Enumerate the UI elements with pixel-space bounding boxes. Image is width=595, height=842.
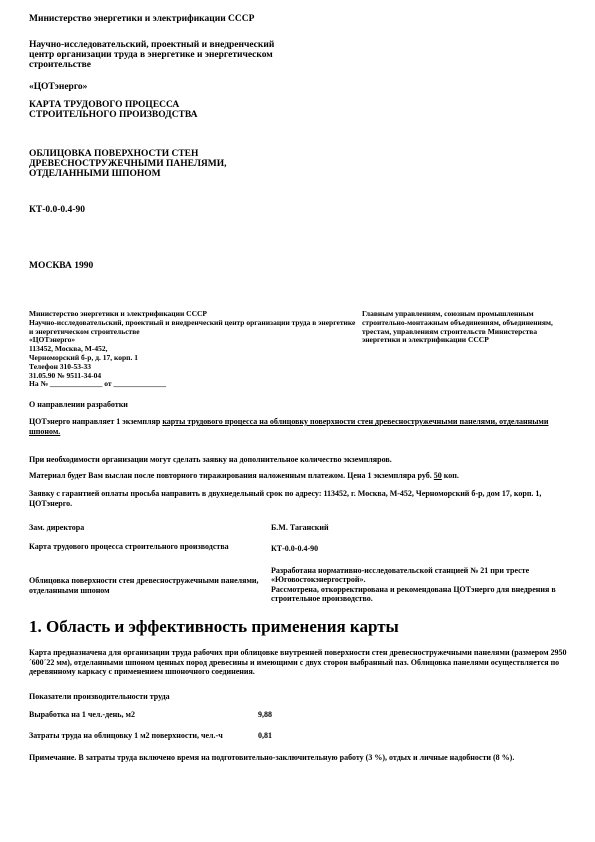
card-info-title: Карта трудового процесса строительного п…	[29, 542, 254, 552]
sender-reference-blank: На № ______________ от ______________	[29, 380, 359, 389]
front-ministry: Министерство энергетики и электрификации…	[29, 14, 429, 24]
letterhead-recipient: Главным управлениям, союзным промышленны…	[362, 310, 564, 345]
letter-paragraph-3-prefix: Материал будет Вам выслан после повторно…	[29, 471, 434, 480]
letter-paragraph-4: Заявку с гарантией оплаты просьба направ…	[29, 489, 574, 508]
letterhead-sender: Министерство энергетики и электрификации…	[29, 310, 359, 389]
indicator-value: 9,88	[258, 710, 272, 720]
document-page: Министерство энергетики и электрификации…	[0, 0, 595, 842]
card-info-approved: Рассмотрена, откорректирована и рекоменд…	[271, 585, 566, 604]
letter-paragraph-1: ЦОТэнерго направляет 1 экземпляр карты т…	[29, 417, 574, 436]
front-org: «ЦОТэнерго»	[29, 82, 229, 92]
letter-paragraph-2: При необходимости организации могут сдел…	[29, 455, 574, 465]
front-center: Научно-исследовательский, проектный и вн…	[29, 40, 294, 70]
indicators-title: Показатели производительности труда	[29, 692, 429, 702]
card-info-right: КТ-0.0-0.4-90 Разработана нормативно-исс…	[271, 544, 566, 604]
signature-role: Зам. директора	[29, 523, 229, 533]
indicator-row: Затраты труда на облицовку 1 м2 поверхно…	[29, 731, 577, 743]
letter-subject: О направлении разработки	[29, 400, 329, 410]
letter-paragraph-3-suffix: коп.	[442, 471, 459, 480]
letter-price-kopecks: 50	[434, 471, 442, 480]
letter-paragraph-3: Материал будет Вам выслан после повторно…	[29, 471, 574, 481]
front-city-year: МОСКВА 1990	[29, 261, 229, 271]
card-info-subject: Облицовка поверхности стен древесноструж…	[29, 576, 264, 595]
indicator-label: Выработка на 1 чел.-день, м2	[29, 710, 135, 719]
letter-paragraph-1-prefix: ЦОТэнерго направляет 1 экземпляр	[29, 417, 162, 426]
front-code: КТ-0.0-0.4-90	[29, 205, 229, 215]
indicator-value: 0,81	[258, 731, 272, 741]
section-1-note: Примечание. В затраты труда включено вре…	[29, 753, 577, 763]
front-title: ОБЛИЦОВКА ПОВЕРХНОСТИ СТЕН ДРЕВЕСНОСТРУЖ…	[29, 149, 269, 179]
sender-center: Научно-исследовательский, проектный и вн…	[29, 319, 359, 337]
card-info-code: КТ-0.0-0.4-90	[271, 544, 566, 554]
card-info-developed-by: Разработана нормативно-исследовательской…	[271, 566, 566, 585]
indicator-label: Затраты труда на облицовку 1 м2 поверхно…	[29, 731, 223, 740]
signature-name: Б.М. Таганский	[271, 523, 471, 533]
front-doc-type: КАРТА ТРУДОВОГО ПРОЦЕССА СТРОИТЕЛЬНОГО П…	[29, 100, 244, 120]
indicator-row: Выработка на 1 чел.-день, м2 9,88	[29, 710, 577, 722]
section-1-intro: Карта предназначена для организации труд…	[29, 648, 577, 677]
section-1-heading: 1. Область и эффективность применения ка…	[29, 617, 577, 636]
